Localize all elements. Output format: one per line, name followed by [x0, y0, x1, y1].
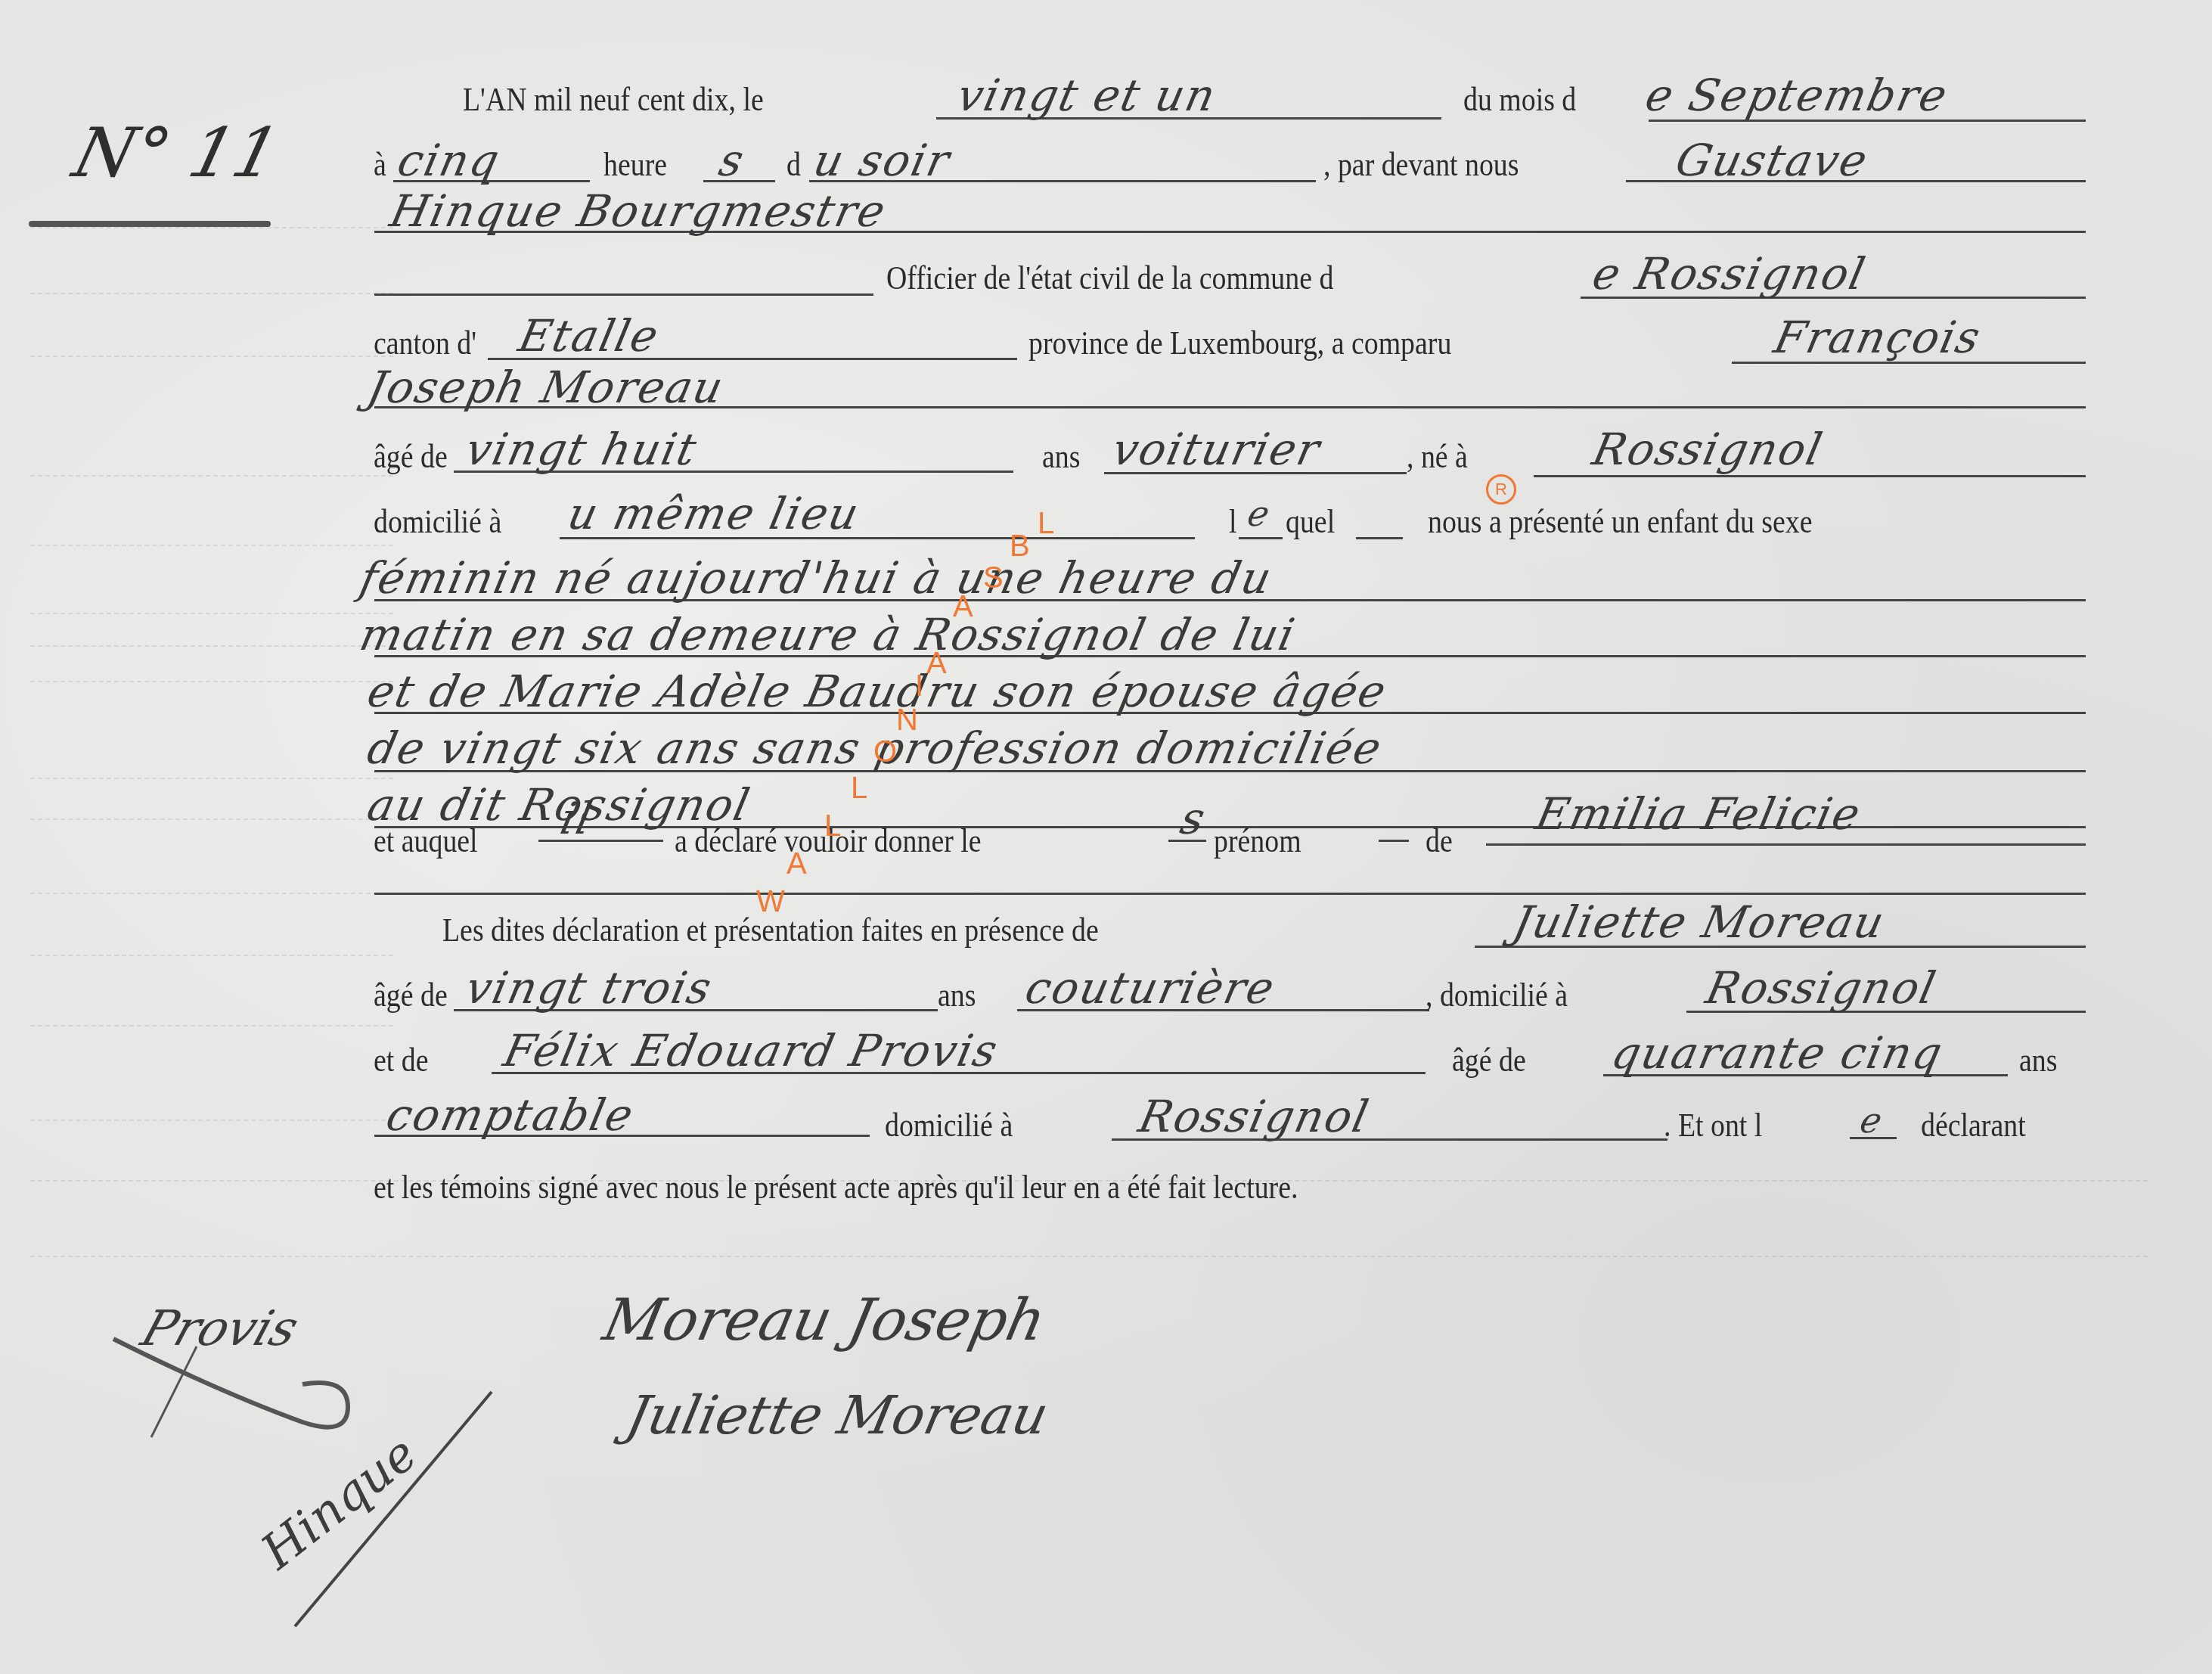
- printed-text: et de: [374, 1041, 428, 1079]
- registered-mark-icon: R: [1486, 474, 1516, 505]
- watermark-letter: B: [1010, 530, 1030, 564]
- bleed-line: [30, 1256, 2148, 1257]
- fill-line: [1239, 537, 1283, 539]
- bleed-line: [30, 475, 393, 477]
- bleed-line: [30, 613, 393, 614]
- bleed-line: [30, 893, 393, 894]
- handwritten-birth-details: matin en sa demeure à Rossignol de lui: [355, 609, 1301, 660]
- printed-text: déclarant: [1921, 1106, 2026, 1144]
- fill-line: [1850, 1137, 1897, 1139]
- watermark-letter: L: [851, 772, 867, 806]
- printed-text: . Et ont l: [1664, 1106, 1762, 1144]
- bleed-line: [30, 1120, 393, 1121]
- printed-text: ans: [1042, 437, 1080, 476]
- bleed-line: [30, 818, 393, 820]
- fill-line: [374, 293, 873, 296]
- handwritten-witness2-occupation: comptable: [382, 1089, 639, 1141]
- printed-text: Officier de l'état civil de la commune d: [886, 259, 1333, 297]
- handwritten-witness1-domicile: Rossignol: [1702, 962, 1941, 1014]
- handwritten-witness1-name: Juliette Moreau: [1509, 896, 1890, 948]
- handwritten-witness2-domicile: Rossignol: [1134, 1091, 1374, 1142]
- handwritten-child-given-names: Emilia Felicie: [1531, 788, 1866, 840]
- handwritten-witness2-name: Félix Edouard Provis: [499, 1025, 1003, 1076]
- bleed-line: [30, 227, 393, 228]
- handwritten-day: vingt et un: [953, 70, 1221, 121]
- handwritten-month: e Septembre: [1641, 70, 1953, 121]
- entry-number-underline: [29, 221, 271, 227]
- printed-text: ans: [938, 976, 976, 1014]
- watermark-letter: L: [824, 809, 841, 843]
- bleed-line: [30, 778, 393, 779]
- printed-text: heure: [603, 145, 667, 184]
- bleed-line: [30, 681, 393, 682]
- signature-juliette-moreau: Juliette Moreau: [621, 1384, 1053, 1446]
- bleed-line: [30, 293, 393, 294]
- bleed-line: [30, 545, 393, 546]
- printed-text: ans: [2019, 1041, 2057, 1079]
- bleed-line: [30, 645, 393, 647]
- watermark-letter: L: [1038, 507, 1054, 541]
- fill-line: [1534, 475, 2086, 477]
- handwritten-canton: Etalle: [514, 310, 664, 362]
- printed-text: d: [786, 145, 801, 184]
- watermark-letter: A: [786, 847, 807, 881]
- handwritten-witness1-age: vingt trois: [461, 962, 717, 1014]
- printed-text: , par devant nous: [1323, 145, 1519, 184]
- watermark-letter: W: [756, 885, 785, 919]
- watermark-letter: I: [915, 669, 923, 703]
- printed-text: du mois d: [1463, 80, 1576, 119]
- bleed-line: [30, 955, 393, 956]
- handwritten-declarant-age: vingt huit: [461, 424, 703, 475]
- watermark-letter: N: [896, 703, 918, 738]
- handwritten-witness1-occupation: couturière: [1021, 962, 1280, 1014]
- handwritten-hour: cinq: [393, 135, 505, 186]
- handwritten-time-of-day: u soir: [809, 135, 955, 186]
- handwritten-witness2-age: quarante cinq: [1607, 1027, 1948, 1079]
- printed-text: âgé de: [374, 976, 448, 1014]
- signature-moreau-joseph: Moreau Joseph: [598, 1286, 1052, 1353]
- printed-text: et les témoins signé avec nous le présen…: [374, 1168, 1298, 1207]
- printed-text: prénom: [1214, 821, 1301, 860]
- handwritten-officer-name-title: Hinque Bourgmestre: [386, 185, 891, 237]
- watermark-letter: A: [953, 590, 973, 624]
- printed-text: canton d': [374, 324, 476, 362]
- handwritten-domicile: u même lieu: [563, 488, 864, 539]
- printed-text: âgé de: [1452, 1041, 1526, 1079]
- entry-number: N° 11: [66, 113, 287, 193]
- handwritten-declarant-name: Joseph Moreau: [363, 362, 729, 413]
- fill-line: [1379, 840, 1409, 842]
- watermark-letter: O: [873, 735, 897, 769]
- printed-text: et auquel: [374, 821, 478, 860]
- printed-text: à: [374, 145, 386, 184]
- printed-text: de: [1426, 821, 1453, 860]
- fill-line: [374, 893, 2086, 895]
- printed-text: l: [1229, 502, 1237, 541]
- printed-text: domicilié à: [374, 502, 501, 541]
- printed-text: âgé de: [374, 437, 448, 476]
- fill-line: [1356, 537, 1403, 539]
- signature-stroke-icon: [287, 1384, 514, 1641]
- bleed-line: [30, 356, 393, 357]
- watermark-letter: S: [983, 561, 1004, 595]
- handwritten-birth-details: féminin né aujourd'hui à une heure du: [355, 552, 1277, 604]
- printed-text: , né à: [1407, 437, 1468, 476]
- handwritten-commune: e Rossignol: [1588, 248, 1871, 300]
- handwritten-declarant-first-name: François: [1770, 312, 1986, 363]
- printed-text: quel: [1286, 502, 1335, 541]
- printed-text: L'AN mil neuf cent dix, le: [463, 80, 764, 119]
- fill-line: [1486, 843, 2086, 846]
- handwritten-declarant-occupation: voiturier: [1108, 424, 1326, 475]
- handwritten-declarant-birthplace: Rossignol: [1588, 424, 1828, 475]
- watermark-letter: A: [926, 647, 947, 681]
- printed-text: nous a présenté un enfant du sexe: [1428, 502, 1813, 541]
- printed-text: domicilié à: [885, 1106, 1013, 1144]
- printed-text: , domicilié à: [1426, 976, 1568, 1014]
- printed-text: province de Luxembourg, a comparu: [1028, 324, 1451, 362]
- bleed-line: [30, 1025, 393, 1026]
- handwritten-officer-first-name: Gustave: [1671, 135, 1873, 186]
- handwritten-mother-details: et de Marie Adèle Baudru son épouse âgée: [363, 666, 1391, 717]
